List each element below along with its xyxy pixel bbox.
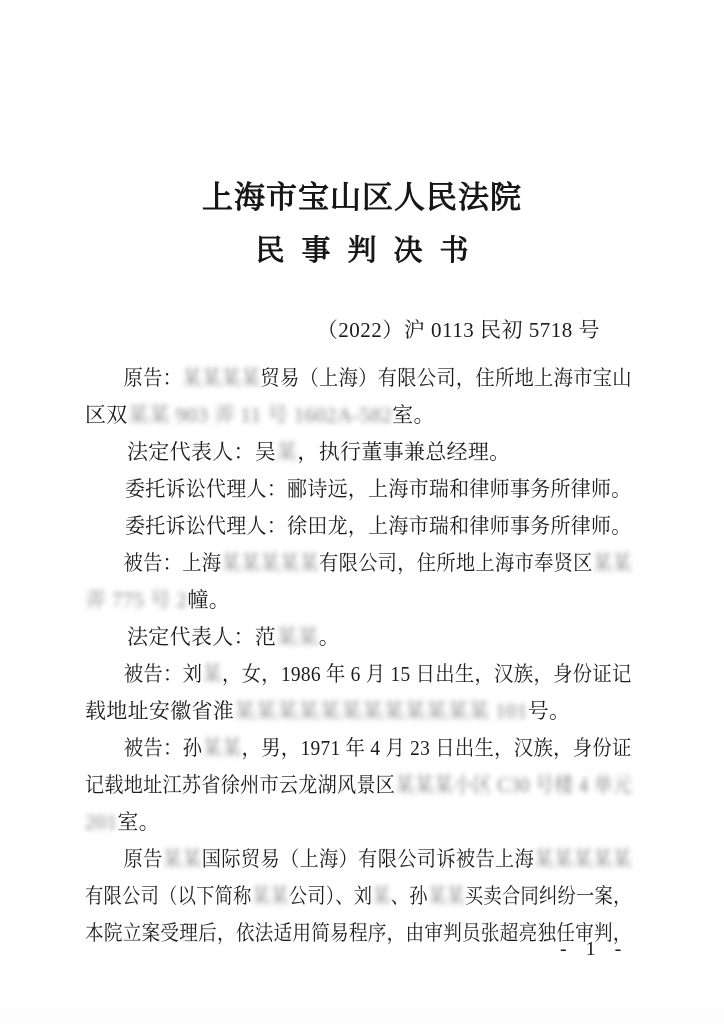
redacted-segment: 某某某小区 C30 号楼 4 单元: [395, 773, 632, 797]
redacted-segment: 某某: [428, 884, 465, 908]
text-segment: 买卖合同纠纷一案，: [465, 884, 632, 908]
text-segment: 被告：孙: [124, 736, 203, 760]
judgment-line: 委托诉讼代理人：郦诗远，上海市瑞和律师事务所律师。: [85, 471, 605, 508]
text-segment: 委托诉讼代理人：郦诗远，上海市瑞和律师事务所律师。: [125, 477, 632, 501]
redacted-segment: 某某某某某: [534, 847, 632, 871]
judgment-line: 区双某某 903 弄 11 号 1602A-582室。: [85, 397, 632, 434]
redacted-segment: 某某 903 弄 11 号 1602A-582: [128, 403, 393, 427]
judgment-line: 记载地址江苏省徐州市云龙湖风景区某某某小区 C30 号楼 4 单元: [85, 767, 583, 804]
judgment-body: 原告：某某某某贸易（上海）有限公司，住所地上海市宝山区双某某 903 弄 11 …: [85, 360, 632, 952]
judgment-line: 被告：刘某，女，1986 年 6 月 15 日出生，汉族，身份证记: [85, 656, 590, 693]
text-segment: 载地址安徽省淮: [85, 699, 234, 723]
redacted-segment: 201: [85, 810, 117, 834]
judgment-line: 有限公司（以下简称某某公司）、刘某、孙某某买卖合同纠纷一案，: [85, 878, 561, 915]
judgment-line: 201室。: [85, 804, 632, 841]
judgment-line: 原告：某某某某贸易（上海）有限公司，住所地上海市宝山: [85, 360, 587, 397]
redacted-segment: 弄 775 号 2: [85, 588, 187, 612]
text-segment: 被告：上海: [124, 551, 222, 575]
text-segment: 幢。: [187, 588, 230, 612]
text-segment: 。: [319, 625, 340, 649]
document-type-title: 民事判决书: [0, 228, 724, 269]
text-segment: 法定代表人：范: [127, 625, 276, 649]
redacted-segment: 某某: [163, 847, 202, 871]
judgment-line: 被告：孙某某，男，1971 年 4 月 23 日出生，汉族，身份证: [85, 730, 590, 767]
text-segment: 号。: [528, 699, 571, 723]
text-segment: 委托诉讼代理人：徐田龙，上海市瑞和律师事务所律师。: [125, 514, 632, 538]
text-segment: 国际贸易（上海）有限公司诉被告上海: [202, 847, 534, 871]
redacted-segment: 某某: [202, 736, 241, 760]
redacted-segment: 某某: [252, 884, 289, 908]
judgment-line: 原告某某国际贸易（上海）有限公司诉被告上海某某某某某: [85, 841, 587, 878]
redacted-segment: 某某某某: [182, 366, 260, 390]
text-segment: ，男，1971 年 4 月 23 日出生，汉族，身份证: [242, 736, 632, 760]
text-segment: 贸易（上海）有限公司，住所地上海市宝山: [260, 366, 631, 390]
redacted-segment: 某: [372, 884, 391, 908]
redacted-segment: 某某: [276, 625, 319, 649]
text-segment: ，执行董事兼总经理。: [297, 440, 510, 464]
judgment-line: 弄 775 号 2幢。: [85, 582, 632, 619]
text-segment: 公司）、刘: [289, 884, 372, 908]
redacted-segment: 某: [202, 662, 222, 686]
judgment-line: 法定代表人：范某某。: [85, 619, 632, 656]
judgment-line: 委托诉讼代理人：徐田龙，上海市瑞和律师事务所律师。: [85, 508, 605, 545]
redacted-segment: 某某某某某某某某某某某某 101: [234, 699, 528, 723]
text-segment: 室。: [392, 403, 435, 427]
redacted-segment: 某某某某某: [221, 551, 319, 575]
text-segment: 、孙: [391, 884, 428, 908]
text-segment: 被告：刘: [124, 662, 203, 686]
text-segment: 原告：: [124, 366, 183, 390]
text-segment: 法定代表人：吴: [127, 440, 276, 464]
text-segment: 记载地址江苏省徐州市云龙湖风景区: [85, 773, 395, 797]
text-segment: 室。: [117, 810, 160, 834]
text-segment: 区双: [85, 403, 128, 427]
redacted-segment: 某某: [593, 551, 632, 575]
text-segment: ，女，1986 年 6 月 15 日出生，汉族，身份证记: [222, 662, 632, 686]
judgment-line: 被告：上海某某某某某有限公司，住所地上海市奉贤区某某: [85, 545, 587, 582]
text-segment: 本院立案受理后，依法适用简易程序，由审判员张超亮独任审判，: [85, 921, 632, 945]
text-segment: 有限公司（以下简称: [85, 884, 252, 908]
text-segment: 有限公司，住所地上海市奉贤区: [319, 551, 593, 575]
page-number: - 1 -: [560, 938, 628, 961]
scanned-judgment-page: 上海市宝山区人民法院 民事判决书 （2022）沪 0113 民初 5718 号 …: [0, 0, 724, 1024]
judgment-line: 本院立案受理后，依法适用简易程序，由审判员张超亮独任审判，: [85, 915, 569, 952]
judgment-line: 载地址安徽省淮某某某某某某某某某某某某 101号。: [85, 693, 632, 730]
case-number: （2022）沪 0113 民初 5718 号: [0, 314, 600, 344]
redacted-segment: 某: [276, 440, 297, 464]
text-segment: 原告: [124, 847, 163, 871]
court-name-title: 上海市宝山区人民法院: [0, 172, 724, 217]
judgment-line: 法定代表人：吴某，执行董事兼总经理。: [85, 434, 632, 471]
